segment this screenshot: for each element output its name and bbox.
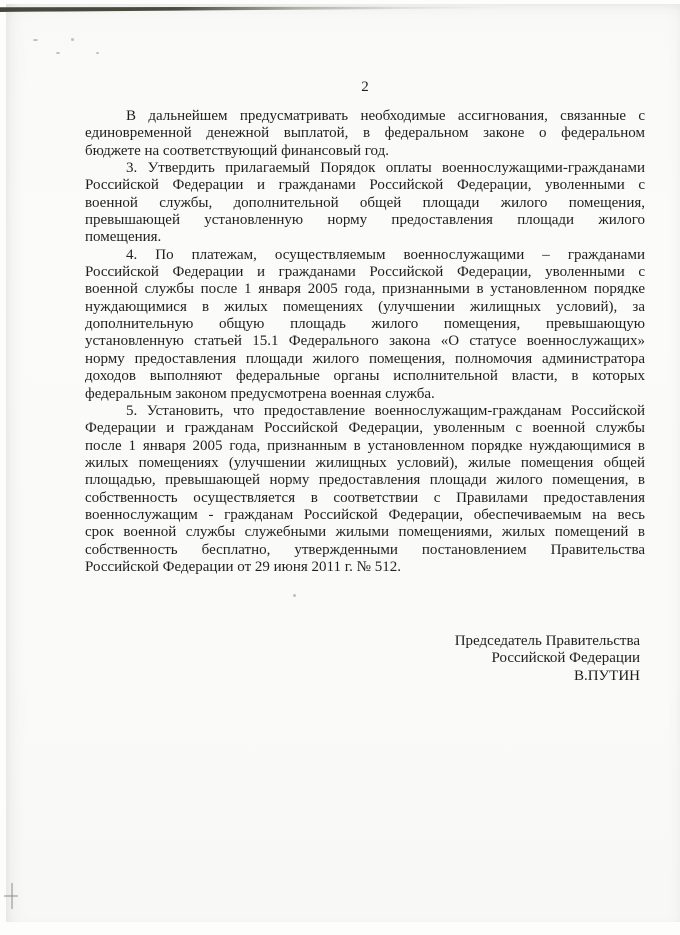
paragraph-item-5: 5. Установить, что предоставление военно… bbox=[85, 403, 645, 576]
text-line: 3. Утвердить прилагаемый Порядок оплаты … bbox=[85, 160, 645, 177]
text-line: Российской Федерации от 29 июня 2011 г. … bbox=[85, 559, 645, 576]
text-line: собственность осуществляется в соответст… bbox=[85, 490, 645, 507]
text-line: помещения. bbox=[85, 229, 645, 246]
text-line: дополнительную общую площадь жилого поме… bbox=[85, 316, 645, 333]
paragraph-item-4: 4. По платежам, осуществляемым военнослу… bbox=[85, 247, 645, 403]
text-line: после 1 января 2005 года, признанным в у… bbox=[85, 438, 645, 455]
text-line: военной службы после 1 января 2005 года,… bbox=[85, 281, 645, 298]
paragraph-continuation: В дальнейшем предусматривать необходимые… bbox=[85, 108, 645, 160]
scan-artifact bbox=[293, 594, 296, 597]
text-line: площадью, превышающей норму предоставлен… bbox=[85, 472, 645, 489]
text-line: срок военной службы служебными жилыми по… bbox=[85, 524, 645, 541]
text-line: единовременной денежной выплатой, в феде… bbox=[85, 125, 645, 142]
signature-title: Председатель Правительства bbox=[455, 633, 640, 650]
scan-artifact bbox=[33, 39, 38, 41]
page-number: 2 bbox=[85, 79, 645, 96]
text-line: жилых помещениях (улучшении жилищных усл… bbox=[85, 455, 645, 472]
text-line: бюджете на соответствующий финансовый го… bbox=[85, 143, 645, 160]
scan-artifact bbox=[71, 38, 74, 41]
text-line: превышающей установленную норму предоста… bbox=[85, 212, 645, 229]
text-line: доходов выполняют федеральные органы исп… bbox=[85, 368, 645, 385]
text-line: Российской Федерации и гражданами Россий… bbox=[85, 264, 645, 281]
document-body: В дальнейшем предусматривать необходимые… bbox=[85, 108, 645, 576]
signature-org: Российской Федерации bbox=[455, 650, 640, 667]
text-line: норму предоставления площади жилого поме… bbox=[85, 351, 645, 368]
scan-artifact bbox=[4, 895, 18, 897]
text-line: Российской Федерации и гражданами Россий… bbox=[85, 177, 645, 194]
text-line: нуждающимися в жилых помещениях (улучшен… bbox=[85, 299, 645, 316]
text-line: В дальнейшем предусматривать необходимые… bbox=[85, 108, 645, 125]
document-page: 2 В дальнейшем предусматривать необходим… bbox=[0, 0, 680, 935]
signature-name: В.ПУТИН bbox=[455, 668, 640, 685]
paragraph-item-3: 3. Утвердить прилагаемый Порядок оплаты … bbox=[85, 160, 645, 247]
scan-artifact bbox=[56, 52, 60, 54]
scan-artifact bbox=[96, 52, 99, 54]
text-line: 5. Установить, что предоставление военно… bbox=[85, 403, 645, 420]
text-line: 4. По платежам, осуществляемым военнослу… bbox=[85, 247, 645, 264]
text-line: военной службы, дополнительной общей пло… bbox=[85, 195, 645, 212]
signature-block: Председатель Правительства Российской Фе… bbox=[455, 633, 640, 685]
text-line: федеральным законом предусмотрена военна… bbox=[85, 386, 645, 403]
text-line: военнослужащим - гражданам Российской Фе… bbox=[85, 507, 645, 524]
text-line: установленную статьей 15.1 Федерального … bbox=[85, 333, 645, 350]
text-line: собственность бесплатно, утвержденными п… bbox=[85, 542, 645, 559]
text-line: Федерации и гражданам Российской Федерац… bbox=[85, 420, 645, 437]
